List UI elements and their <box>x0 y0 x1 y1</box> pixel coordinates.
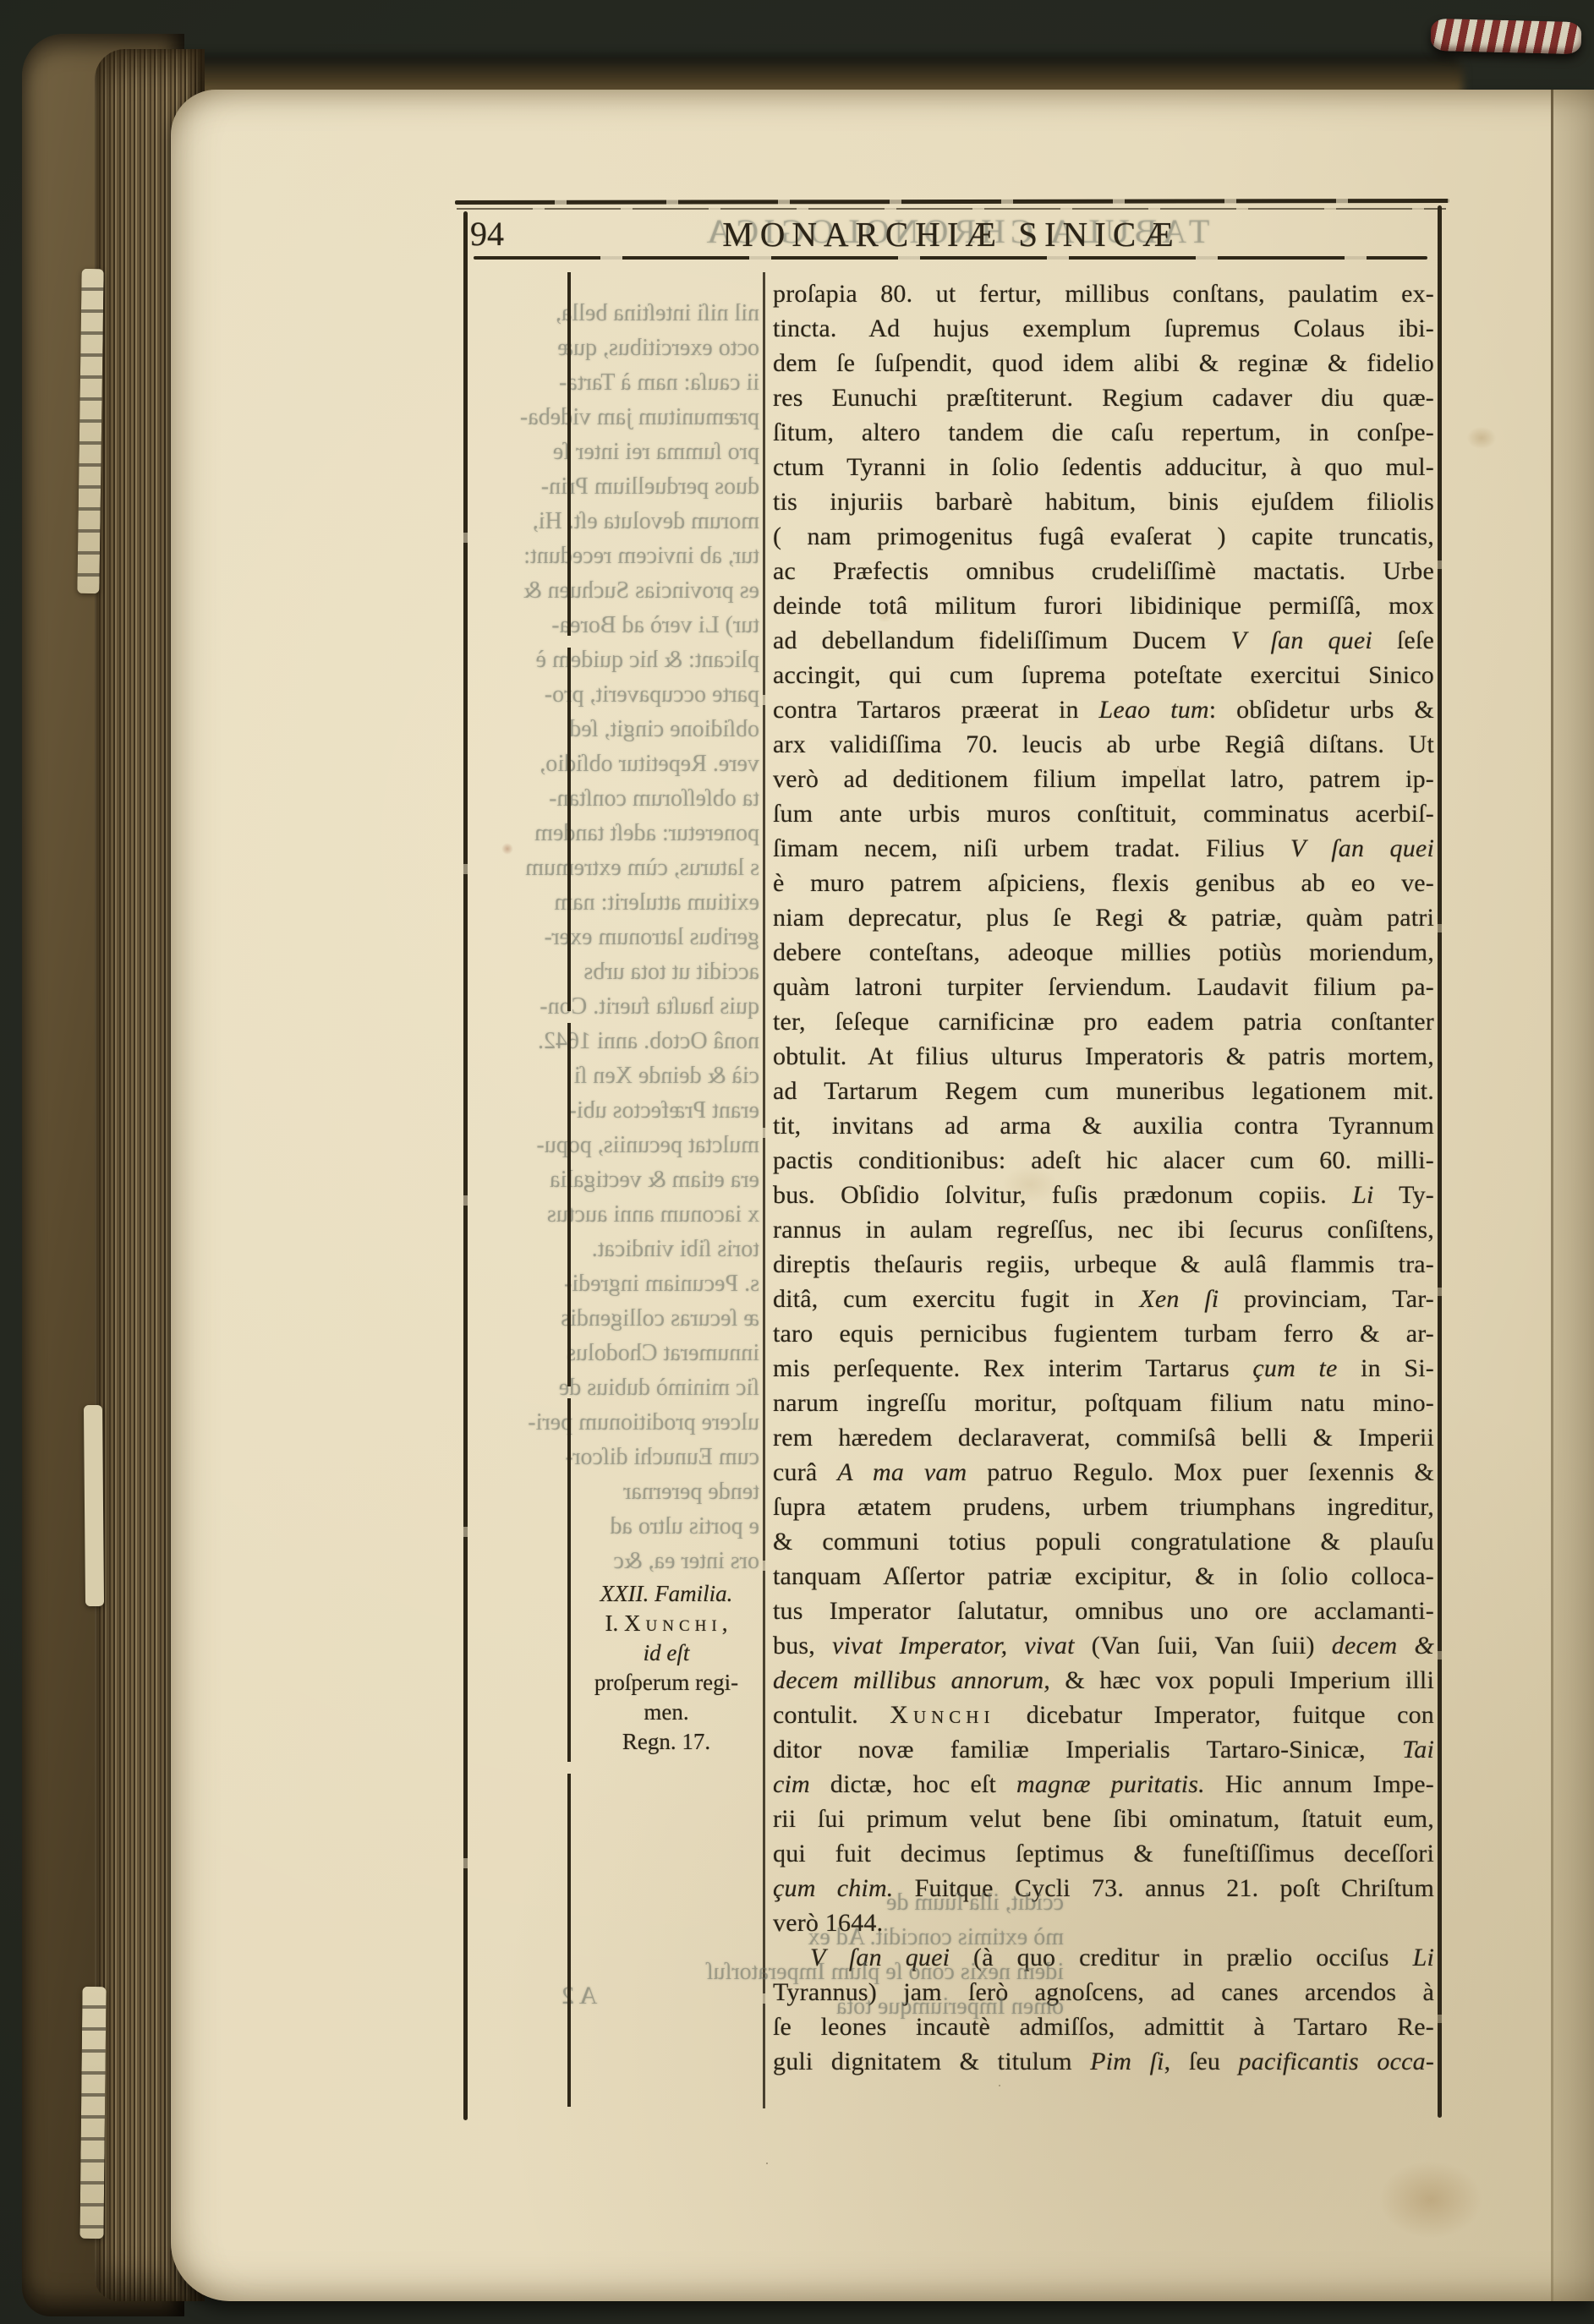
main-text-line: deinde totâ militum furori libidinique p… <box>773 588 1434 623</box>
text-segment: x iaconum anni auctus <box>547 1201 759 1228</box>
text-segment: ad debellandum fideliſſimum Ducem <box>773 626 1231 654</box>
bleedthrough-line: tur, ab invicem recedunt: <box>470 539 759 573</box>
text-segment: Xunchi <box>624 1610 722 1636</box>
bleedthrough-line: accidit ut tota urbs <box>470 954 759 989</box>
margin-note-line: I. Xunchi, <box>568 1609 764 1638</box>
main-text-line: debere conteſtans, adeoque millies potiù… <box>773 935 1434 970</box>
text-segment: bus. Obſidio ſolvitur, fuſis prædonum co… <box>773 1181 1352 1209</box>
text-segment: proſapia 80. ut fertur, millibus conſtan… <box>773 280 1434 308</box>
text-segment: pacificantis occa- <box>1239 2048 1434 2075</box>
bleedthrough-line: parte occupaverit, pro- <box>470 677 759 712</box>
main-text-line: contulit. Xunchi dicebatur Imperator, fu… <box>773 1698 1434 1732</box>
text-segment: s. Pecuniam ingredi- <box>564 1271 759 1297</box>
text-segment: nonâ Octob. anni 1642. <box>538 1028 759 1054</box>
main-text-line: direptis theſauris regiis, urbeque & aul… <box>773 1247 1434 1282</box>
margin-note-line: Regn. 17. <box>568 1727 764 1757</box>
margin-note: XXII. Familia.I. Xunchi,id eſtproſperum … <box>568 1579 764 1757</box>
text-segment: præmunitum jam videba- <box>520 404 759 430</box>
paper-stain <box>1467 427 1496 449</box>
text-segment: pactis conditionibus: adeſt hic alacer c… <box>773 1146 1434 1174</box>
main-text-line: cim dictæ, hoc eſt magnæ puritatis. Hic … <box>773 1767 1434 1802</box>
text-segment: dicebatur Imperator, fuitque con <box>994 1701 1434 1729</box>
text-segment: çum te <box>1252 1354 1337 1382</box>
text-segment: Regn. 17. <box>622 1729 710 1754</box>
text-segment: I. <box>605 1610 625 1636</box>
text-segment: taro equis pernicibus fugientem turbam f… <box>773 1320 1434 1348</box>
text-segment: cià & deinde Xen ſi <box>574 1063 759 1089</box>
main-text-line: contra Tartaros præerat in Leao tum: obſ… <box>773 692 1434 727</box>
text-segment: quis hauſta fuerit. Con- <box>540 993 759 1020</box>
bleedthrough-line: duos perduellium Prin- <box>470 469 759 504</box>
bleedthrough-line: ſic minimò dubius de <box>470 1370 759 1405</box>
bleedthrough-line: vere. Repetitur obſidio, <box>470 746 759 781</box>
main-text-line: qui fuit decimus ſeptimus & funeſtiſſimu… <box>773 1836 1434 1871</box>
protruding-leaf <box>84 1405 104 1606</box>
text-segment: & hæc vox populi Imperium illi <box>1050 1666 1434 1694</box>
text-segment: rem hæredem declaraverat, commiſsâ belli… <box>773 1424 1434 1452</box>
text-segment: tit, invitans ad arma & auxilia contra T… <box>773 1112 1434 1140</box>
text-segment: tur, ab invicem recedunt: <box>523 543 759 569</box>
bleedthrough-line: æ ſecuras colligendis <box>470 1301 759 1336</box>
text-segment: ſimam necem, niſi urbem tradat. Filius <box>773 834 1290 862</box>
bleedthrough-line: exitium attulerit: nam <box>470 885 759 920</box>
text-segment: verò ad deditionem filium impellat latro… <box>773 765 1434 793</box>
text-segment: vivat Imperator, vivat <box>832 1632 1075 1660</box>
text-segment: in Si- <box>1338 1354 1434 1382</box>
page-fold-line <box>1551 90 1553 2301</box>
text-segment: ta obſeſſorum conſtan- <box>549 785 759 812</box>
main-text-line: quàm latroni turpiter ſerviendum. Laudav… <box>773 970 1434 1004</box>
bleedthrough-line: innumerat Chodolus <box>470 1336 759 1370</box>
main-text-line: arx validiſſima 70. leucis ab urbe Regiâ… <box>773 727 1434 762</box>
text-segment: ad Tartarum Regem cum muneribus legation… <box>773 1077 1434 1105</box>
main-text-line: ſitum, altero tandem die caſu repertum, … <box>773 415 1434 450</box>
main-text-line: verò ad deditionem filium impellat latro… <box>773 762 1434 796</box>
frame-rule-margin <box>567 272 571 2107</box>
text-segment: cum Eunuchi diſcor- <box>565 1444 759 1470</box>
text-segment: accingit, qui cum ſuprema poteſtate exer… <box>773 661 1434 689</box>
main-text-line: obtulit. At filius ulturus Imperatoris &… <box>773 1039 1434 1074</box>
text-segment: Leao tum <box>1099 696 1209 724</box>
text-segment: Hic annum Impe- <box>1205 1770 1434 1798</box>
main-text-line: & communi totius populi congratulatione … <box>773 1524 1434 1559</box>
text-segment: XXII. Familia. <box>600 1581 733 1606</box>
text-segment: ors inter ea, &c <box>613 1548 759 1574</box>
bleedthrough-line: cià & deinde Xen ſi <box>470 1058 759 1093</box>
main-text-line: è muro patrem aſpiciens, flexis genibus … <box>773 866 1434 900</box>
bleedthrough-line: ii cauſa: nam à Tarta- <box>470 365 759 400</box>
text-segment: id eſt <box>644 1640 690 1665</box>
main-text-line: dem ſe ſuſpendit, quod idem alibi & regi… <box>773 346 1434 380</box>
text-segment: res Eunuchi præſtiterunt. Regium cadaver… <box>773 384 1434 412</box>
bleedthrough-line: omen Imperiumque tota <box>472 1993 1064 2021</box>
text-segment: direptis theſauris regiis, urbeque & aul… <box>773 1250 1434 1278</box>
text-segment: e portis ultro ad <box>610 1513 759 1539</box>
text-segment: accidit ut tota urbs <box>583 959 759 985</box>
main-text-line: tus Imperator ſalutatur, omnibus uno ore… <box>773 1594 1434 1628</box>
text-segment: , ſeu <box>1164 2048 1239 2075</box>
text-segment: toris ſibi vindicat. <box>592 1236 759 1262</box>
main-text-line: narum ingreſſu moritur, poſtquam filium … <box>773 1386 1434 1420</box>
text-segment: nil niſi inteſtina bella, <box>556 300 759 326</box>
bleedthrough-line: toris ſibi vindicat. <box>470 1232 759 1266</box>
text-segment: ( nam primogenitus fugâ evaſerat ) capit… <box>773 522 1434 550</box>
main-text-line: pactis conditionibus: adeſt hic alacer c… <box>773 1143 1434 1178</box>
text-segment: , <box>722 1610 728 1636</box>
bleedthrough-line: tur) Li verò ad Borea- <box>470 608 759 643</box>
bleedthrough-line: pro ſumma rei inter ſe <box>470 435 759 469</box>
text-segment: provinciam, Tar- <box>1219 1285 1434 1313</box>
bleedthrough-line: era etiam & vectigalia <box>470 1162 759 1197</box>
endband <box>1431 19 1582 54</box>
text-segment: tur) Li verò ad Borea- <box>551 612 759 638</box>
text-segment: Li <box>1352 1181 1373 1209</box>
margin-note-line: XXII. Familia. <box>568 1579 764 1609</box>
text-segment: rannus in aulam regreſſus, nec ibi ſecur… <box>773 1216 1434 1244</box>
text-segment: Tai <box>1402 1736 1434 1764</box>
bleedthrough-line: obſidione cingit, ſed <box>470 712 759 746</box>
text-segment: magnæ puritatis. <box>1016 1770 1205 1798</box>
text-segment: es provincias Suchuen & <box>523 577 759 604</box>
text-segment: ſic minimò dubius de <box>559 1375 759 1401</box>
text-segment: ſum ante urbis muros conſtituit, commina… <box>773 800 1434 828</box>
bleedthrough-line: erant Præfectos ubi- <box>470 1093 759 1128</box>
bleedthrough-line <box>470 1786 759 1821</box>
text-segment: pro ſumma rei inter ſe <box>553 439 759 465</box>
bleedthrough-line: plicant: & hic quidem è <box>470 643 759 677</box>
underlying-page-strip <box>1553 90 1594 2301</box>
main-text-line: ad debellandum fideliſſimum Ducem V ſan … <box>773 623 1434 658</box>
main-text-line: ſum ante urbis muros conſtituit, commina… <box>773 796 1434 831</box>
bleedthrough-line: es provincias Suchuen & <box>470 573 759 608</box>
text-segment: obſidione cingit, ſed <box>569 716 759 742</box>
text-segment: ii cauſa: nam à Tarta- <box>559 369 759 396</box>
text-segment: curâ <box>773 1458 837 1486</box>
text-segment: tus Imperator ſalutatur, omnibus uno ore… <box>773 1597 1434 1625</box>
main-text-line: proſapia 80. ut fertur, millibus conſtan… <box>773 276 1434 311</box>
text-segment: parte occupaverit, pro- <box>545 681 759 708</box>
main-text-line: ac Præfectis omnibus crudeliſſimè mactat… <box>773 554 1434 588</box>
bleedthrough-line: e portis ultro ad <box>470 1509 759 1544</box>
text-segment: tanquam Aſſertor patriæ excipitur, & in … <box>773 1562 1434 1590</box>
text-segment: niam deprecatur, plus ſe Regi & patriæ, … <box>773 904 1434 932</box>
text-segment: dem ſe ſuſpendit, quod idem alibi & regi… <box>773 349 1434 377</box>
text-segment: ſitum, altero tandem die caſu repertum, … <box>773 418 1434 446</box>
text-segment: erant Præfectos ubi- <box>569 1097 760 1124</box>
text-segment: tincta. Ad hujus exemplum ſupremus Colau… <box>773 314 1434 342</box>
text-segment: mis perſequente. Rex interim Tartarus <box>773 1354 1252 1382</box>
text-segment: : obſidetur urbs & <box>1209 696 1434 724</box>
text-segment: tende perernar <box>623 1479 759 1505</box>
bleedthrough-line: nonâ Octob. anni 1642. <box>470 1024 759 1058</box>
margin-note-line: id eſt <box>568 1638 764 1668</box>
text-segment: guli dignitatem & titulum <box>773 2048 1090 2075</box>
bleedthrough-line: nil niſi inteſtina bella, <box>470 296 759 331</box>
running-header: MONARCHIÆ SINICÆ <box>455 213 1448 255</box>
margin-note-line: proſperum regi- <box>568 1668 764 1698</box>
main-text-line: tanquam Aſſertor patriæ excipitur, & in … <box>773 1559 1434 1594</box>
main-text-line: ctum Tyranni in ſolio ſedentis adducitur… <box>773 450 1434 484</box>
text-segment: debere conteſtans, adeoque millies potiù… <box>773 938 1434 966</box>
main-text-line: taro equis pernicibus fugientem turbam f… <box>773 1316 1434 1351</box>
main-text-line: bus. Obſidio ſolvitur, fuſis prædonum co… <box>773 1178 1434 1212</box>
main-text-line: res Eunuchi præſtiterunt. Regium cadaver… <box>773 380 1434 415</box>
text-segment: innumerat Chodolus <box>567 1340 759 1366</box>
bleedthrough-line: x iaconum anni auctus <box>470 1197 759 1232</box>
bleedthrough-line: ulcere proditionum peri- <box>470 1405 759 1440</box>
frame-rule-left <box>463 211 468 2120</box>
text-segment: Ty- <box>1374 1181 1434 1209</box>
text-segment: s laturus, cùm extremum <box>525 855 759 881</box>
main-text-line: rem hæredem declaraverat, commiſsâ belli… <box>773 1420 1434 1455</box>
text-segment: dictæ, hoc eſt <box>810 1770 1016 1798</box>
text-segment: contra Tartaros præerat in <box>773 696 1099 724</box>
bleedthrough-line: poneretur: adeſt tandem <box>470 816 759 850</box>
text-segment: ſeſe <box>1372 626 1434 654</box>
text-segment: cim <box>773 1770 810 1798</box>
text-segment: quàm latroni turpiter ſerviendum. Laudav… <box>773 973 1434 1001</box>
bleedthrough-line: ors inter ea, &c <box>470 1544 759 1578</box>
text-segment: V ſan quei <box>1290 834 1434 862</box>
text-segment: ter, ſeſeque carnificinæ pro eadem patri… <box>773 1008 1434 1036</box>
text-segment: decem & <box>1332 1632 1434 1660</box>
main-text-line: bus, vivat Imperator, vivat (Van ſuii, V… <box>773 1628 1434 1663</box>
text-segment: V ſan quei <box>1231 626 1372 654</box>
text-segment: Xen ſi <box>1139 1285 1219 1313</box>
main-text-line: decem millibus annorum, & hæc vox populi… <box>773 1663 1434 1698</box>
bleedthrough-line: s laturus, cùm extremum <box>470 850 759 885</box>
text-segment: ditor novæ familiæ Imperialis Tartaro-Si… <box>773 1736 1402 1764</box>
text-segment: patruo Regulo. Mox puer ſexennis & <box>967 1458 1434 1486</box>
bleedthrough-line: ccidit, illa ſuum de <box>472 1889 1064 1917</box>
text-segment: bus, <box>773 1632 832 1660</box>
main-text-line: ad Tartarum Regem cum muneribus legation… <box>773 1074 1434 1108</box>
text-segment: contulit. <box>773 1701 890 1729</box>
bleedthrough-line: morum devoluta eſt. Hi, <box>470 504 759 539</box>
main-text-line: ter, ſeſeque carnificinæ pro eadem patri… <box>773 1004 1434 1039</box>
bleedthrough-line: ta obſeſſorum conſtan- <box>470 781 759 816</box>
protruding-leaf <box>79 1987 106 2239</box>
margin-note-line: men. <box>568 1698 764 1727</box>
main-text-line: mis perſequente. Rex interim Tartarus çu… <box>773 1351 1434 1386</box>
frame-rule-text-left <box>763 272 765 2108</box>
main-text-line: tit, invitans ad arma & auxilia contra T… <box>773 1108 1434 1143</box>
frame-rule-top-thin <box>457 208 1446 210</box>
main-text-line: accingit, qui cum ſuprema poteſtate exer… <box>773 658 1434 692</box>
text-segment: A ma vam <box>837 1458 967 1486</box>
text-segment: men. <box>644 1699 688 1725</box>
text-segment: proſperum regi- <box>594 1670 738 1695</box>
main-text-line: ditâ, cum exercitu fugit in Xen ſi provi… <box>773 1282 1434 1316</box>
text-segment: ulcere proditionum peri- <box>528 1409 759 1435</box>
text-segment: è muro patrem aſpiciens, flexis genibus … <box>773 869 1434 897</box>
frame-rule-right <box>1438 205 1442 2118</box>
text-segment: geribus latronum exer- <box>545 924 759 950</box>
bleedthrough-line <box>470 1752 759 1786</box>
text-segment: tis injuriis barbarè habitum, binis ejuſ… <box>773 488 1434 516</box>
text-segment: obtulit. At filius ulturus Imperatoris &… <box>773 1042 1434 1070</box>
text-segment: rii ſui primum velut bene ſibi ominatum,… <box>773 1805 1434 1833</box>
main-text-column: proſapia 80. ut fertur, millibus conſtan… <box>773 276 1434 2079</box>
protruding-leaf <box>77 269 103 593</box>
main-text-line: ſimam necem, niſi urbem tradat. Filius V… <box>773 831 1434 866</box>
text-segment: æ ſecuras colligendis <box>561 1305 759 1332</box>
book-photograph: TABULA CHRONOLOGICA nil niſi inteſtina b… <box>0 0 1594 2324</box>
text-segment: (Van ſuii, Van ſuii) <box>1075 1632 1332 1660</box>
bleedthrough-line: geribus latronum exer- <box>470 920 759 954</box>
text-segment: ditâ, cum exercitu fugit in <box>773 1285 1139 1313</box>
main-text-line: rii ſui primum velut bene ſibi ominatum,… <box>773 1802 1434 1836</box>
main-text-line: ( nam primogenitus fugâ evaſerat ) capit… <box>773 519 1434 554</box>
bleedthrough-line: octo exercitibus, quæ <box>470 331 759 365</box>
text-segment: era etiam & vectigalia <box>550 1167 759 1193</box>
text-segment: exitium attulerit: nam <box>554 889 759 916</box>
bleedthrough-line: s. Pecuniam ingredi- <box>470 1266 759 1301</box>
text-segment: vere. Repetitur obſidio, <box>540 751 759 777</box>
text-segment: ſupra ætatem prudens, urbem triumphans i… <box>773 1493 1434 1521</box>
text-segment: Xunchi <box>890 1701 994 1729</box>
text-segment: ctum Tyranni in ſolio ſedentis adducitur… <box>773 453 1434 481</box>
text-segment: qui fuit decimus ſeptimus & funeſtiſſimu… <box>773 1840 1434 1867</box>
main-text-line: tis injuriis barbarè habitum, binis ejuſ… <box>773 484 1434 519</box>
bleedthrough-line: cum Eunuchi diſcor- <box>470 1440 759 1474</box>
text-segment: ac Præfectis omnibus crudeliſſimè mactat… <box>773 557 1434 585</box>
bleedthrough-line: mulctat pecuniis, popu- <box>470 1128 759 1162</box>
bleedthrough-line: idem nexis cono ſe plum Imperatorſuſ <box>472 1959 1064 1986</box>
text-segment: deinde totâ militum furori libidinique p… <box>773 592 1434 620</box>
bleedthrough-line: præmunitum jam videba- <box>470 400 759 435</box>
text-segment: Pim ſi <box>1090 2048 1164 2075</box>
main-text-line: ſupra ætatem prudens, urbem triumphans i… <box>773 1490 1434 1524</box>
text-segment: & communi totius populi congratulatione … <box>773 1528 1434 1556</box>
text-segment: Li <box>1413 1944 1434 1971</box>
text-segment: narum ingreſſu moritur, poſtquam filium … <box>773 1389 1434 1417</box>
main-text-line: niam deprecatur, plus ſe Regi & patriæ, … <box>773 900 1434 935</box>
main-text-line: guli dignitatem & titulum Pim ſi, ſeu pa… <box>773 2044 1434 2079</box>
text-segment: duos perduellium Prin- <box>541 473 759 500</box>
main-text-line: tincta. Ad hujus exemplum ſupremus Colau… <box>773 311 1434 346</box>
main-text-line: rannus in aulam regreſſus, nec ibi ſecur… <box>773 1212 1434 1247</box>
main-text-line: curâ A ma vam patruo Regulo. Mox puer ſe… <box>773 1455 1434 1490</box>
bleedthrough-line: tende perernar <box>470 1474 759 1509</box>
text-segment: octo exercitibus, quæ <box>557 335 759 361</box>
frame-rule-below-header <box>474 256 1427 260</box>
text-segment: decem millibus annorum, <box>773 1666 1050 1694</box>
bleedthrough-line: quis hauſta fuerit. Con- <box>470 989 759 1024</box>
bleedthrough-line: mò extimis concidit. Ad ex <box>472 1924 1064 1951</box>
main-text-line: ditor novæ familiæ Imperialis Tartaro-Si… <box>773 1732 1434 1767</box>
paper-stain <box>1378 2161 1483 2239</box>
text-segment: arx validiſſima 70. leucis ab urbe Regiâ… <box>773 730 1434 758</box>
text-segment: morum devoluta eſt. Hi, <box>533 508 759 534</box>
